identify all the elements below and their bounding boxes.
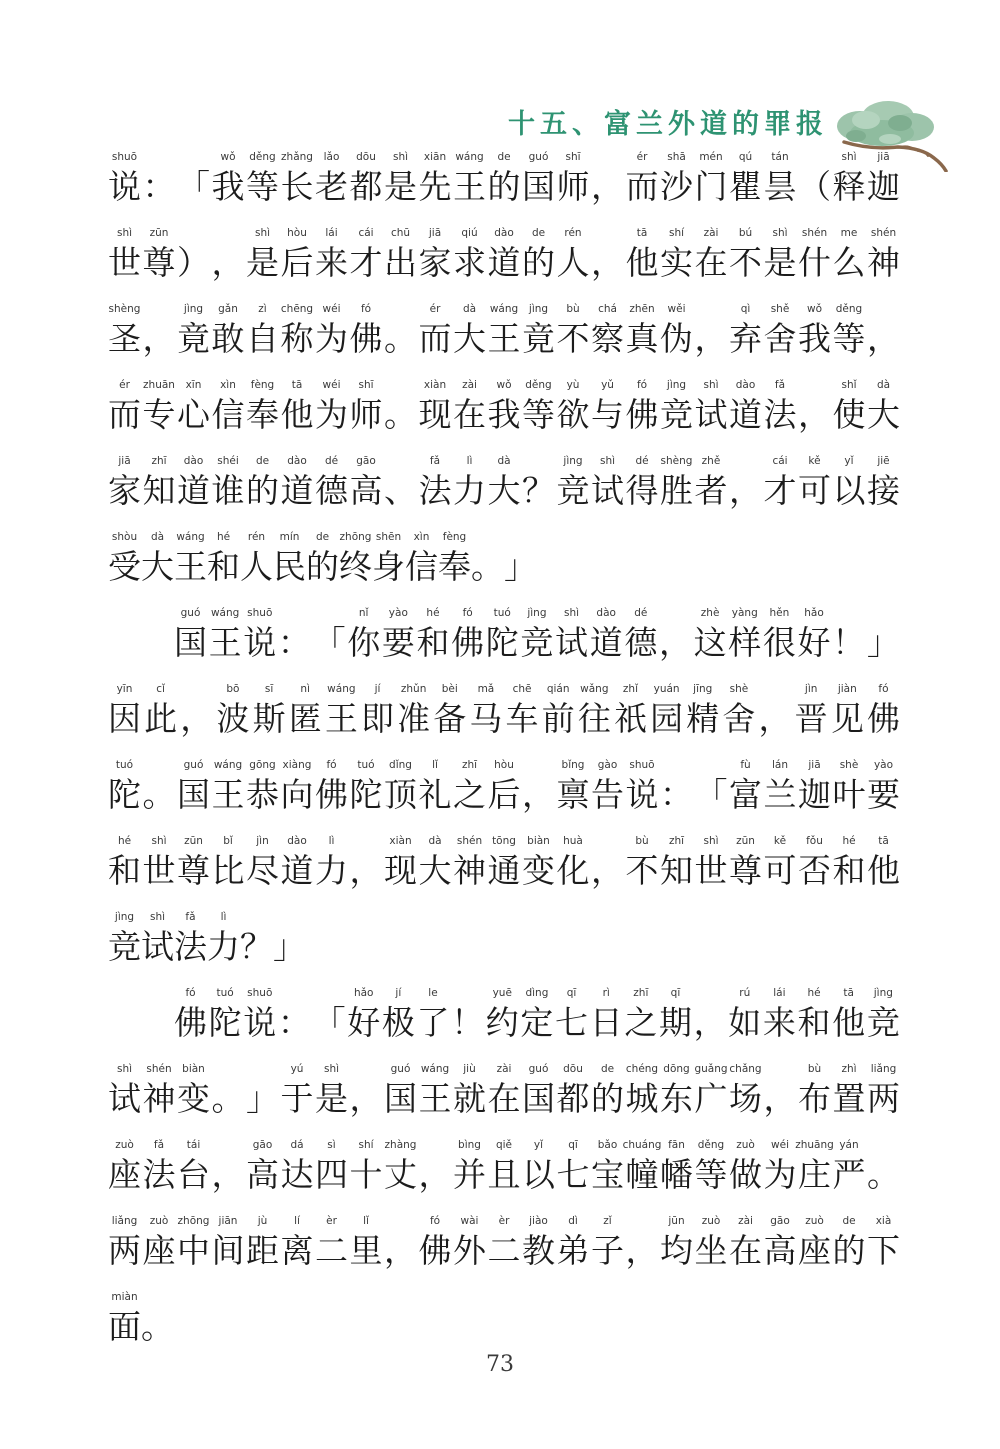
text-line: hé和shì世zūn尊bǐ比jìn尽dào道lì力 ，xiàn现dà大shén神… <box>108 834 900 910</box>
hanzi-cell: lì力 <box>453 454 486 511</box>
punctuation-cell: ， <box>626 1214 659 1271</box>
pinyin-annotation <box>847 606 850 623</box>
punctuation-cell: ， <box>591 834 624 891</box>
hanzi-character: 出 <box>384 243 417 283</box>
pinyin-annotation: hòu <box>494 758 514 775</box>
hanzi-character: 佛 <box>867 699 900 739</box>
hanzi-character: 七 <box>555 1003 588 1043</box>
hanzi-character: 来 <box>763 1003 796 1043</box>
pinyin-annotation: shī <box>358 378 373 395</box>
pinyin-annotation: wǒ <box>496 378 511 395</box>
hanzi-character: 坐 <box>695 1231 728 1271</box>
hanzi-cell: děng等 <box>695 1138 728 1195</box>
pinyin-annotation: xiàn <box>424 378 446 395</box>
hanzi-cell: hé和 <box>833 834 866 891</box>
pinyin-annotation: shì <box>324 1062 339 1079</box>
hanzi-character: 说 <box>108 167 141 207</box>
hanzi-character: 德 <box>624 623 657 663</box>
text-line: jiā家zhī知dào道shéi谁de的dào道dé德gāo高 、fǎ法lì力d… <box>108 454 900 530</box>
hanzi-cell: jiān间 <box>212 1214 245 1271</box>
pinyin-annotation <box>466 986 469 1003</box>
hanzi-cell: dà大 <box>419 834 452 891</box>
hanzi-character: 长 <box>281 167 314 207</box>
hanzi-cell: nì匿 <box>289 682 322 739</box>
hanzi-cell: zuò座 <box>798 1214 831 1271</box>
hanzi-cell: fǎ法 <box>419 454 452 511</box>
hanzi-character: 两 <box>108 1231 141 1271</box>
hanzi-character: 称 <box>281 319 314 359</box>
hanzi-cell: tuó陀 <box>209 986 242 1043</box>
punctuation-cell: 「 <box>695 758 728 815</box>
hanzi-cell: shǐ使 <box>833 378 866 435</box>
punctuation-cell: ， <box>212 226 245 283</box>
pinyin-annotation: dà <box>151 530 164 547</box>
pinyin-annotation: jìng <box>115 910 134 927</box>
pinyin-annotation: wǎng <box>580 682 608 699</box>
text-line: jìng竞shì试fǎ法lì力 ？ 」 <box>108 910 900 986</box>
hanzi-character: 以 <box>833 471 866 511</box>
pinyin-annotation: jù <box>258 1214 268 1231</box>
hanzi-character: 来 <box>315 243 348 283</box>
pinyin-annotation: zuò <box>150 1214 169 1231</box>
hanzi-cell: hé和 <box>207 530 240 587</box>
hanzi-cell: wài外 <box>453 1214 486 1271</box>
hanzi-character: 晋 <box>795 699 828 739</box>
pinyin-annotation: lǐ <box>363 1214 369 1231</box>
pinyin-annotation: shéi <box>217 454 239 471</box>
hanzi-cell: shén神 <box>143 1062 176 1119</box>
pinyin-annotation <box>882 1138 885 1155</box>
hanzi-character: 否 <box>798 851 831 891</box>
pinyin-annotation: bèi <box>442 682 458 699</box>
hanzi-cell: wǒ我 <box>798 302 831 359</box>
pinyin-annotation: qī <box>671 986 681 1003</box>
pinyin-annotation: jiā <box>429 226 441 243</box>
pinyin-annotation: jiā <box>118 454 130 471</box>
hanzi-cell: zhī知 <box>660 834 693 891</box>
hanzi-cell: bìng并 <box>453 1138 486 1195</box>
hanzi-character: 东 <box>660 1079 693 1119</box>
hanzi-cell: shēn身 <box>372 530 405 587</box>
hanzi-character: 之 <box>453 775 486 815</box>
pinyin-annotation: jí <box>395 986 401 1003</box>
hanzi-character: 城 <box>626 1079 659 1119</box>
pinyin-annotation: chuáng <box>623 1138 662 1155</box>
pinyin-annotation <box>606 834 609 851</box>
hanzi-cell: shī师 <box>557 150 590 207</box>
hanzi-character: 接 <box>867 471 900 511</box>
hanzi-character: 竞 <box>108 927 141 967</box>
text-line: tuó陀 。guó国wáng王gōng恭xiàng向fó佛tuó陀dǐng顶lǐ… <box>108 758 900 834</box>
pinyin-annotation <box>288 910 291 927</box>
hanzi-character: 法 <box>174 927 207 967</box>
hanzi-character: 为 <box>764 1155 797 1195</box>
pinyin-annotation: ér <box>119 378 130 395</box>
pinyin-annotation: rén <box>248 530 265 547</box>
hanzi-cell: shì试 <box>591 454 624 511</box>
pinyin-annotation: zūn <box>184 834 203 851</box>
punctuation-cell: ， <box>591 150 624 207</box>
hanzi-character: 如 <box>728 1003 761 1043</box>
punctuation-cell: ？ <box>522 454 555 511</box>
pinyin-annotation: shuō <box>112 150 137 167</box>
hanzi-cell: wěi伪 <box>660 302 693 359</box>
hanzi-character: 沙 <box>660 167 693 207</box>
hanzi-cell: fó佛 <box>174 986 207 1043</box>
hanzi-cell: fó佛 <box>626 378 659 435</box>
hanzi-cell: wáng王 <box>174 530 207 587</box>
pinyin-annotation <box>399 454 402 471</box>
hanzi-character: 下 <box>867 1231 900 1271</box>
hanzi-character: 知 <box>660 851 693 891</box>
pinyin-annotation: mǎ <box>478 682 495 699</box>
pinyin-annotation: fó <box>430 1214 440 1231</box>
pinyin-annotation: zài <box>462 378 477 395</box>
hanzi-cell: bù不 <box>626 834 659 891</box>
hanzi-character: 的 <box>833 1231 866 1271</box>
pinyin-annotation: tā <box>292 378 303 395</box>
pinyin-annotation <box>192 226 195 243</box>
hanzi-character: 我 <box>212 167 245 207</box>
hanzi-cell: fǎ法 <box>143 1138 176 1195</box>
hanzi-character: 高 <box>764 1231 797 1271</box>
hanzi-character: 做 <box>729 1155 762 1195</box>
hanzi-cell: hòu后 <box>488 758 521 815</box>
hanzi-character: 力 <box>453 471 486 511</box>
hanzi-character: 富 <box>729 775 762 815</box>
pinyin-annotation <box>399 302 402 319</box>
pinyin-annotation: děng <box>525 378 551 395</box>
hanzi-character: 为 <box>315 395 348 435</box>
pinyin-annotation: zhī <box>633 986 648 1003</box>
hanzi-character: 舍 <box>764 319 797 359</box>
hanzi-character: ？ <box>522 471 555 511</box>
hanzi-character: 间 <box>212 1231 245 1271</box>
hanzi-character: 的 <box>522 243 555 283</box>
pinyin-annotation: ér <box>430 302 441 319</box>
hanzi-character: 不 <box>626 851 659 891</box>
hanzi-cell: de的 <box>488 150 521 207</box>
hanzi-character: 师 <box>557 167 590 207</box>
hanzi-cell: zhàng丈 <box>384 1138 417 1195</box>
pinyin-annotation: chéng <box>626 1062 658 1079</box>
chapter-title: 十五、富兰外道的罪报 <box>508 102 828 141</box>
hanzi-cell: zuò坐 <box>695 1214 728 1271</box>
hanzi-cell: xiàn现 <box>419 378 452 435</box>
pinyin-annotation: dé <box>634 606 647 623</box>
hanzi-cell: gōng恭 <box>246 758 279 815</box>
hanzi-character: 法 <box>764 395 797 435</box>
hanzi-cell: hěn很 <box>763 606 796 663</box>
hanzi-character: 此 <box>144 699 177 739</box>
hanzi-cell: zhè这 <box>694 606 727 663</box>
hanzi-character: ， <box>695 319 728 359</box>
hanzi-cell: lǎo老 <box>315 150 348 207</box>
hanzi-character: 先 <box>419 167 452 207</box>
hanzi-cell: jìng竞 <box>520 606 553 663</box>
pinyin-annotation: dé <box>325 454 338 471</box>
hanzi-cell: jìng竟 <box>522 302 555 359</box>
hanzi-character: 实 <box>660 243 693 283</box>
hanzi-cell: jí即 <box>361 682 394 739</box>
hanzi-cell: bù布 <box>798 1062 831 1119</box>
hanzi-character: ！ <box>451 1003 484 1043</box>
hanzi-character: 大 <box>419 851 452 891</box>
hanzi-character: 「 <box>695 775 728 815</box>
punctuation-cell: 。 <box>141 1290 174 1347</box>
hanzi-cell: zài在 <box>488 1062 521 1119</box>
hanzi-character: ， <box>759 699 792 739</box>
hanzi-character: 备 <box>433 699 466 739</box>
hanzi-cell: shèng胜 <box>660 454 693 511</box>
pinyin-annotation: yǐ <box>534 1138 543 1155</box>
hanzi-cell: fān幡 <box>660 1138 693 1195</box>
hanzi-cell: chū出 <box>384 226 417 283</box>
pinyin-annotation: de <box>532 226 545 243</box>
pinyin-annotation: shì <box>150 910 165 927</box>
pinyin-annotation <box>486 530 489 547</box>
hanzi-cell: zì自 <box>246 302 279 359</box>
hanzi-character: 尊 <box>177 851 210 891</box>
pinyin-annotation: děng <box>698 1138 724 1155</box>
hanzi-character: 求 <box>453 243 486 283</box>
hanzi-cell: jīng精 <box>686 682 719 739</box>
hanzi-cell: bǐ比 <box>212 834 245 891</box>
hanzi-cell: wéi为 <box>315 302 348 359</box>
hanzi-cell: fù富 <box>729 758 762 815</box>
hanzi-character: 德 <box>315 471 348 511</box>
pinyin-annotation: biàn <box>182 1062 205 1079</box>
text-line: shì世zūn尊 ） ，shì是hòu后lái来cái才chū出jiā家qiú求… <box>108 226 900 302</box>
hanzi-character: 人 <box>557 243 590 283</box>
hanzi-character: 信 <box>212 395 245 435</box>
pinyin-annotation: dào <box>736 378 756 395</box>
hanzi-cell: zhēn真 <box>626 302 659 359</box>
pinyin-annotation: gāo <box>356 454 376 471</box>
pinyin-annotation: tuó <box>217 986 234 1003</box>
hanzi-character: 竞 <box>520 623 553 663</box>
hanzi-cell: shì试 <box>695 378 728 435</box>
pinyin-annotation <box>640 1214 643 1231</box>
pinyin-annotation: bǐ <box>223 834 233 851</box>
pinyin-annotation: jiā <box>808 758 820 775</box>
pinyin-annotation: hěn <box>770 606 790 623</box>
hanzi-cell: wǒ我 <box>488 378 521 435</box>
hanzi-cell: shì试 <box>141 910 174 967</box>
hanzi-character: 并 <box>453 1155 486 1195</box>
punctuation-cell: ！ <box>451 986 484 1043</box>
pinyin-annotation: chū <box>391 226 410 243</box>
hanzi-cell: jí极 <box>382 986 415 1043</box>
hanzi-character: 舍 <box>722 699 755 739</box>
punctuation-cell: 「 <box>313 986 346 1043</box>
hanzi-character: 教 <box>522 1231 555 1271</box>
pinyin-annotation <box>192 150 195 167</box>
pinyin-annotation: shì <box>151 834 166 851</box>
pinyin-annotation: bìng <box>458 1138 481 1155</box>
hanzi-character: 终 <box>339 547 372 587</box>
hanzi-character: 大 <box>141 547 174 587</box>
hanzi-character: ： <box>660 775 693 815</box>
pinyin-annotation: shì <box>564 606 579 623</box>
hanzi-character: 的 <box>488 167 521 207</box>
hanzi-character: 竞 <box>867 1003 900 1043</box>
hanzi-character: 竟 <box>177 319 210 359</box>
punctuation-cell: 「 <box>313 606 346 663</box>
hanzi-character: 。 <box>471 547 504 587</box>
hanzi-character: 可 <box>798 471 831 511</box>
hanzi-character: 中 <box>177 1231 210 1271</box>
pinyin-annotation: shòu <box>112 530 137 547</box>
hanzi-cell: zǐ子 <box>591 1214 624 1271</box>
hanzi-character: 身 <box>372 547 405 587</box>
pinyin-annotation: wài <box>461 1214 479 1231</box>
pinyin-annotation: wǒ <box>807 302 822 319</box>
punctuation-cell: ， <box>522 758 555 815</box>
hanzi-character: 和 <box>798 1003 831 1043</box>
pinyin-annotation: guó <box>184 758 204 775</box>
hanzi-character: 王 <box>174 547 207 587</box>
hanzi-cell: dào道 <box>729 378 762 435</box>
pinyin-annotation: zhī <box>151 454 166 471</box>
hanzi-cell: shén神 <box>867 226 900 283</box>
hanzi-character: 座 <box>143 1231 176 1271</box>
hanzi-cell: dào道 <box>590 606 623 663</box>
pinyin-annotation: rú <box>739 986 750 1003</box>
pinyin-annotation: yǔ <box>601 378 614 395</box>
hanzi-character: 在 <box>729 1231 762 1271</box>
hanzi-cell: zài在 <box>453 378 486 435</box>
hanzi-character: 昙 <box>764 167 797 207</box>
hanzi-character: 。 <box>384 395 417 435</box>
pinyin-annotation: shì <box>117 1062 132 1079</box>
hanzi-cell: gāo高 <box>246 1138 279 1195</box>
pinyin-annotation <box>606 226 609 243</box>
pinyin-annotation: guó <box>391 1062 411 1079</box>
hanzi-character: 什 <box>798 243 831 283</box>
hanzi-cell: fó佛 <box>419 1214 452 1271</box>
punctuation-cell: 。 <box>384 302 417 359</box>
hanzi-character: 和 <box>108 851 141 891</box>
hanzi-character: 人 <box>240 547 273 587</box>
hanzi-character: 世 <box>143 851 176 891</box>
hanzi-character: ， <box>419 1155 452 1195</box>
pinyin-annotation <box>813 378 816 395</box>
hanzi-character: 面 <box>108 1307 141 1347</box>
hanzi-character: 知 <box>143 471 176 511</box>
hanzi-character: 力 <box>207 927 240 967</box>
pinyin-annotation: dōng <box>663 1062 689 1079</box>
pinyin-annotation: yán <box>839 1138 858 1155</box>
pinyin-annotation: de <box>256 454 269 471</box>
pinyin-annotation: cǐ <box>156 682 165 699</box>
hanzi-cell: bǐng禀 <box>557 758 590 815</box>
hanzi-character: 而 <box>108 395 141 435</box>
hanzi-cell: wǒ我 <box>212 150 245 207</box>
pinyin-annotation: qiě <box>496 1138 512 1155</box>
pinyin-annotation: fǎ <box>775 378 785 395</box>
pinyin-annotation: hǎo <box>354 986 374 1003</box>
pinyin-annotation: shè <box>730 682 749 699</box>
pinyin-annotation: rén <box>564 226 581 243</box>
pinyin-annotation <box>327 606 330 623</box>
hanzi-cell: jiē接 <box>867 454 900 511</box>
punctuation-cell: ， <box>212 1138 245 1195</box>
hanzi-character: 他 <box>832 1003 865 1043</box>
hanzi-character: 。 <box>384 319 417 359</box>
hanzi-cell: jìng竞 <box>660 378 693 435</box>
hanzi-character: 是 <box>384 167 417 207</box>
pinyin-annotation: zhī <box>669 834 684 851</box>
hanzi-cell: lǐ礼 <box>419 758 452 815</box>
pinyin-annotation: dà <box>463 302 476 319</box>
pinyin-annotation: nǐ <box>359 606 369 623</box>
hanzi-cell: lí离 <box>281 1214 314 1271</box>
hanzi-character: 丈 <box>384 1155 417 1195</box>
pinyin-annotation: zài <box>704 226 719 243</box>
hanzi-cell: wáng王 <box>488 302 521 359</box>
hanzi-cell: dá达 <box>281 1138 314 1195</box>
hanzi-cell: shén什 <box>798 226 831 283</box>
punctuation-cell: ！ <box>832 606 865 663</box>
hanzi-cell: chá察 <box>591 302 624 359</box>
pinyin-annotation: gāo <box>253 1138 273 1155</box>
hanzi-character: 座 <box>108 1155 141 1195</box>
hanzi-character: 信 <box>405 547 438 587</box>
hanzi-cell: xīn心 <box>177 378 210 435</box>
hanzi-character: ， <box>659 623 692 663</box>
pinyin-annotation: tuó <box>494 606 511 623</box>
hanzi-cell: dé德 <box>624 606 657 663</box>
pinyin-annotation <box>882 302 885 319</box>
pinyin-annotation: qú <box>739 150 752 167</box>
punctuation-cell: ： <box>278 986 311 1043</box>
hanzi-character: 佛 <box>626 395 659 435</box>
hanzi-character: 禀 <box>557 775 590 815</box>
pinyin-annotation: shì <box>393 150 408 167</box>
hanzi-character: 二 <box>315 1231 348 1271</box>
hanzi-character: 之 <box>624 1003 657 1043</box>
pinyin-annotation: shī <box>565 150 580 167</box>
pinyin-annotation: zài <box>497 1062 512 1079</box>
pinyin-annotation: jiù <box>463 1062 476 1079</box>
pinyin-annotation <box>709 758 712 775</box>
hanzi-cell: jūn均 <box>660 1214 693 1271</box>
hanzi-character: ： <box>143 167 176 207</box>
hanzi-character: 台 <box>177 1155 210 1195</box>
hanzi-character: 家 <box>419 243 452 283</box>
pinyin-annotation: lǎo <box>324 150 340 167</box>
pinyin-annotation: shén <box>871 226 896 243</box>
hanzi-character: 「 <box>177 167 210 207</box>
hanzi-character: 陀 <box>486 623 519 663</box>
hanzi-character: 以 <box>522 1155 555 1195</box>
hanzi-cell: kě可 <box>764 834 797 891</box>
punctuation-cell: ， <box>384 1214 417 1271</box>
pinyin-annotation <box>255 910 258 927</box>
pinyin-annotation: dōu <box>563 1062 583 1079</box>
pinyin-annotation: jiào <box>529 1214 548 1231</box>
hanzi-character: 奉 <box>246 395 279 435</box>
hanzi-cell: yù欲 <box>557 378 590 435</box>
hanzi-cell: shí十 <box>350 1138 383 1195</box>
hanzi-character: 神 <box>867 243 900 283</box>
hanzi-character: 竟 <box>522 319 555 359</box>
hanzi-cell: shì是 <box>764 226 797 283</box>
pinyin-annotation: yuán <box>654 682 680 699</box>
pinyin-annotation: kě <box>808 454 820 471</box>
punctuation-cell: ， <box>694 986 727 1043</box>
